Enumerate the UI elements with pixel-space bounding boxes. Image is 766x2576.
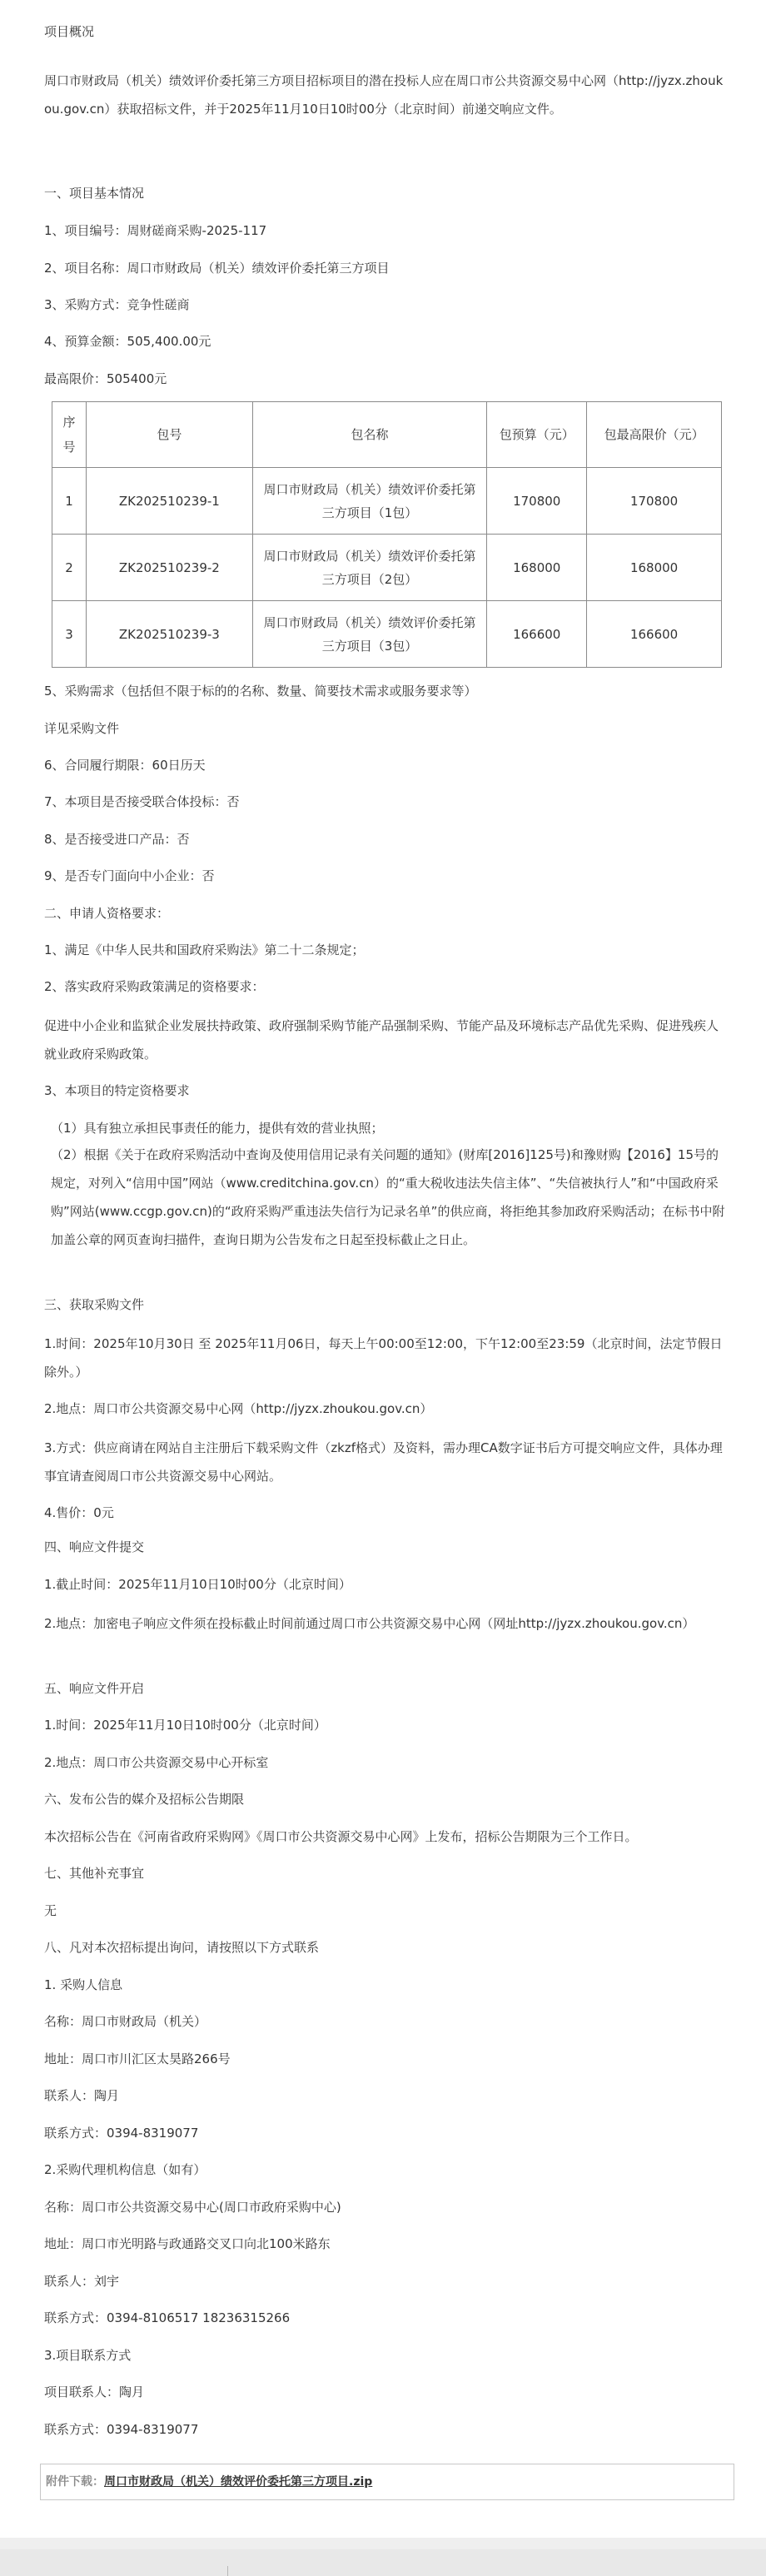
section5-heading: 五、响应文件开启	[44, 1674, 725, 1703]
obtain-time: 1.时间：2025年10月30日 至 2025年11月06日，每天上午00:00…	[44, 1330, 725, 1386]
cell-package-no: ZK202510239-3	[86, 601, 252, 668]
cell-package-name: 周口市财政局（机关）绩效评价委托第三方项目（3包）	[252, 601, 486, 668]
cell-package-budget: 170800	[487, 468, 587, 535]
attachment-box: 附件下载：周口市财政局（机关）绩效评价委托第三方项目.zip	[40, 2464, 734, 2500]
procurement-demand-detail: 详见采购文件	[44, 714, 725, 743]
cell-package-max-price: 170800	[587, 468, 722, 535]
attachment-download-link[interactable]: 周口市财政局（机关）绩效评价委托第三方项目.zip	[104, 2475, 372, 2489]
agency-name: 名称：周口市公共资源交易中心(周口市政府采购中心)	[44, 2193, 725, 2221]
footer-divider	[227, 2566, 228, 2576]
package-table: 序号 包号 包名称 包预算（元） 包最高限价（元） 1 ZK202510239-…	[52, 401, 722, 668]
cell-package-name: 周口市财政局（机关）绩效评价委托第三方项目（1包）	[252, 468, 486, 535]
table-row: 1 ZK202510239-1 周口市财政局（机关）绩效评价委托第三方项目（1包…	[52, 468, 722, 535]
section6-heading: 六、发布公告的媒介及招标公告期限	[44, 1785, 725, 1813]
footer-top-band	[0, 2538, 766, 2549]
opening-time: 1.时间：2025年11月10日10时00分（北京时间）	[44, 1711, 725, 1739]
publication-text: 本次招标公告在《河南省政府采购网》《周口市公共资源交易中心网》上发布，招标公告期…	[44, 1823, 725, 1851]
col-header-package-budget: 包预算（元）	[487, 402, 587, 468]
purchaser-contact: 联系人：陶月	[44, 2081, 725, 2110]
consortium-bidding: 7、本项目是否接受联合体投标：否	[44, 788, 725, 816]
project-contact-heading: 3.项目联系方式	[44, 2341, 725, 2370]
col-header-package-no: 包号	[86, 402, 252, 468]
cell-package-no: ZK202510239-1	[86, 468, 252, 535]
project-name: 2、项目名称：周口市财政局（机关）绩效评价委托第三方项目	[44, 254, 725, 282]
max-price: 最高限价：505400元	[44, 365, 725, 393]
obtain-place: 2.地点：周口市公共资源交易中心网（http://jyzx.zhoukou.go…	[44, 1395, 725, 1423]
col-header-package-max-price: 包最高限价（元）	[587, 402, 722, 468]
qualification-item-3-1: （1）具有独立承担民事责任的能力，提供有效的营业执照；	[44, 1114, 725, 1142]
cell-index: 3	[52, 601, 87, 668]
cell-package-max-price: 168000	[587, 535, 722, 601]
obtain-price: 4.售价：0元	[44, 1499, 725, 1527]
cell-package-name: 周口市财政局（机关）绩效评价委托第三方项目（2包）	[252, 535, 486, 601]
procurement-method: 3、采购方式：竞争性磋商	[44, 291, 725, 319]
qualification-item-2-detail: 促进中小企业和监狱企业发展扶持政策、政府强制采购节能产品强制采购、节能产品及环境…	[44, 1012, 725, 1068]
qualification-item-3: 3、本项目的特定资格要求	[44, 1077, 725, 1105]
qualification-item-1: 1、满足《中华人民共和国政府采购法》第二十二条规定；	[44, 936, 725, 964]
budget-amount: 4、预算金额：505,400.00元	[44, 327, 725, 356]
cell-package-max-price: 166600	[587, 601, 722, 668]
procurement-demand: 5、采购需求（包括但不限于标的的名称、数量、简要技术需求或服务要求等）	[44, 677, 725, 705]
imported-products: 8、是否接受进口产品：否	[44, 825, 725, 853]
section2-heading: 二、申请人资格要求：	[44, 899, 725, 927]
opening-place: 2.地点：周口市公共资源交易中心开标室	[44, 1748, 725, 1777]
section7-heading: 七、其他补充事宜	[44, 1859, 725, 1887]
agency-phone: 联系方式：0394-8106517 18236315266	[44, 2304, 725, 2332]
purchaser-phone: 联系方式：0394-8319077	[44, 2119, 725, 2147]
agency-address: 地址：周口市光明路与政通路交叉口向北100米路东	[44, 2230, 725, 2258]
purchaser-address: 地址：周口市川汇区太昊路266号	[44, 2045, 725, 2073]
table-row: 2 ZK202510239-2 周口市财政局（机关）绩效评价委托第三方项目（2包…	[52, 535, 722, 601]
project-number: 1、项目编号：周财磋商采购-2025-117	[44, 216, 725, 245]
obtain-method: 3.方式：供应商请在网站自主注册后下载采购文件（zkzf格式）及资料，需办理CA…	[44, 1434, 725, 1490]
purchaser-heading: 1. 采购人信息	[44, 1971, 725, 1999]
intro-paragraph: 周口市财政局（机关）绩效评价委托第三方项目招标项目的潜在投标人应在周口市公共资源…	[44, 67, 725, 123]
table-header-row: 序号 包号 包名称 包预算（元） 包最高限价（元）	[52, 402, 722, 468]
page-title: 项目概况	[44, 17, 725, 46]
agency-heading: 2.采购代理机构信息（如有）	[44, 2156, 725, 2184]
cell-package-no: ZK202510239-2	[86, 535, 252, 601]
other-matters-text: 无	[44, 1897, 725, 1925]
qualification-item-2: 2、落实政府采购政策满足的资格要求：	[44, 972, 725, 1001]
section4-heading: 四、响应文件提交	[44, 1533, 725, 1561]
project-contact-phone: 联系方式：0394-8319077	[44, 2415, 725, 2444]
cell-index: 1	[52, 468, 87, 535]
submission-place: 2.地点：加密电子响应文件须在投标截止时间前通过周口市公共资源交易中心网（网址h…	[44, 1609, 725, 1638]
section1-heading: 一、项目基本情况	[44, 179, 725, 207]
page-footer	[0, 2549, 766, 2576]
section8-heading: 八、凡对本次招标提出询问，请按照以下方式联系	[44, 1933, 725, 1962]
table-row: 3 ZK202510239-3 周口市财政局（机关）绩效评价委托第三方项目（3包…	[52, 601, 722, 668]
agency-contact: 联系人：刘宇	[44, 2267, 725, 2295]
sme-only: 9、是否专门面向中小企业：否	[44, 862, 725, 890]
project-contact-person: 项目联系人：陶月	[44, 2378, 725, 2406]
contract-period: 6、合同履行期限：60日历天	[44, 751, 725, 779]
cell-package-budget: 168000	[487, 535, 587, 601]
attachment-label: 附件下载：	[46, 2475, 104, 2489]
submission-deadline: 1.截止时间：2025年11月10日10时00分（北京时间）	[44, 1570, 725, 1599]
cell-index: 2	[52, 535, 87, 601]
purchaser-name: 名称：周口市财政局（机关）	[44, 2007, 725, 2036]
section3-heading: 三、获取采购文件	[44, 1290, 725, 1319]
qualification-item-3-2: （2）根据《关于在政府采购活动中查询及使用信用记录有关问题的通知》(财库[201…	[44, 1141, 725, 1254]
col-header-index: 序号	[52, 402, 87, 468]
cell-package-budget: 166600	[487, 601, 587, 668]
col-header-package-name: 包名称	[252, 402, 486, 468]
